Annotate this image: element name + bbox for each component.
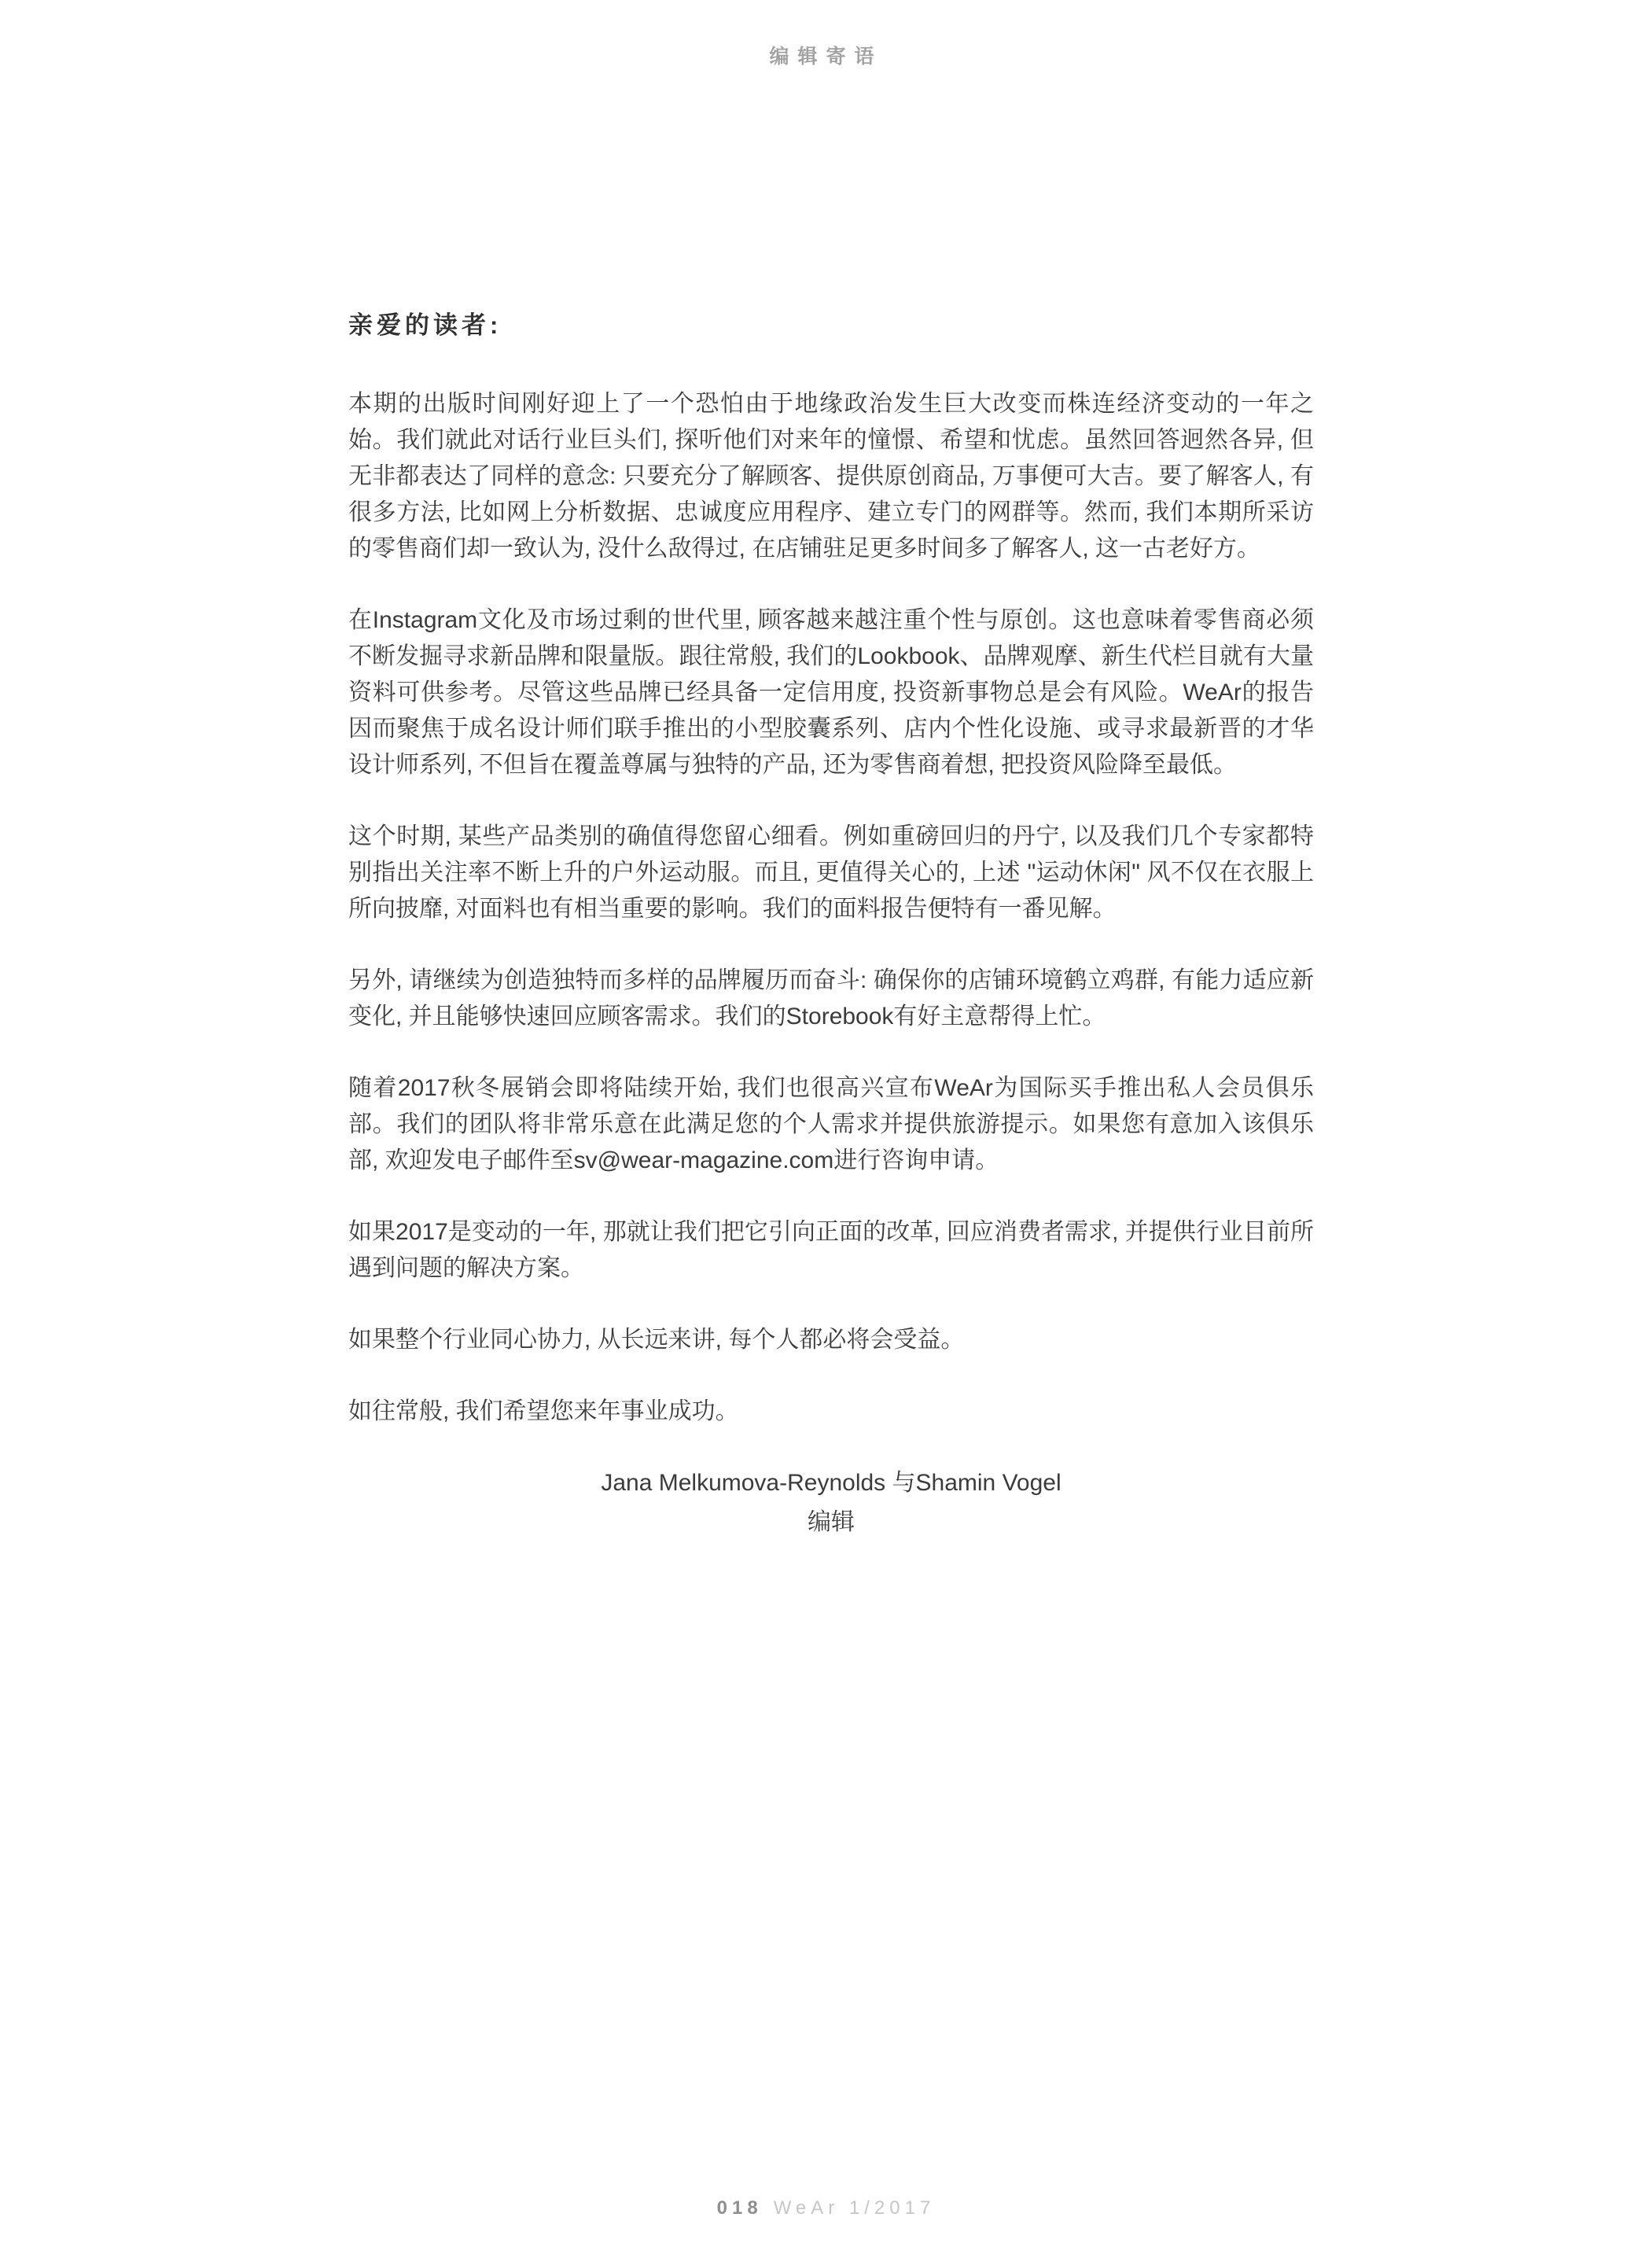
editorial-paragraph-1: 本期的出版时间刚好迎上了一个恐怕由于地缘政治发生巨大改变而株连经济变动的一年之始… — [348, 386, 1314, 567]
page-footer: 018WeAr 1/2017 — [0, 2197, 1652, 2219]
footer-page-number: 018 — [717, 2197, 763, 2219]
editorial-paragraph-2: 在Instagram文化及市场过剩的世代里, 顾客越来越注重个性与原创。这也意味… — [348, 602, 1314, 783]
editorial-letter: 亲爱的读者: 本期的出版时间刚好迎上了一个恐怕由于地缘政治发生巨大改变而株连经济… — [348, 305, 1314, 1541]
editorial-paragraph-3: 这个时期, 某些产品类别的确值得您留心细看。例如重磅回归的丹宁, 以及我们几个专… — [348, 819, 1314, 927]
signature-role: 编辑 — [348, 1504, 1314, 1541]
signature-block: Jana Melkumova-Reynolds 与Shamin Vogel 编辑 — [348, 1465, 1314, 1541]
editorial-paragraph-6: 如果2017是变动的一年, 那就让我们把它引向正面的改革, 回应消费者需求, 并… — [348, 1214, 1314, 1287]
page-header-title: 编辑寄语 — [0, 41, 1652, 69]
editorial-paragraph-8: 如往常般, 我们希望您来年事业成功。 — [348, 1394, 1314, 1430]
salutation: 亲爱的读者: — [348, 305, 1314, 341]
editorial-paragraph-4: 另外, 请继续为创造独特而多样的品牌履历而奋斗: 确保你的店铺环境鹤立鸡群, 有… — [348, 963, 1314, 1035]
footer-issue-label: WeAr 1/2017 — [774, 2197, 936, 2219]
signature-names: Jana Melkumova-Reynolds 与Shamin Vogel — [348, 1465, 1314, 1501]
editorial-paragraph-7: 如果整个行业同心协力, 从长远来讲, 每个人都必将会受益。 — [348, 1322, 1314, 1358]
editorial-paragraph-5: 随着2017秋冬展销会即将陆续开始, 我们也很高兴宣布WeAr为国际买手推出私人… — [348, 1070, 1314, 1179]
